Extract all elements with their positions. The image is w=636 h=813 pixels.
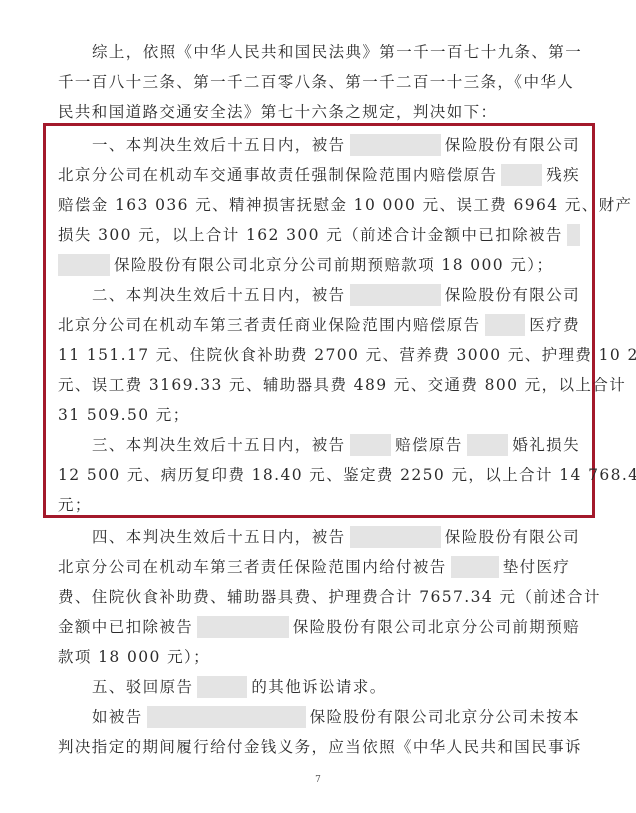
item-text: 赔偿金 163 036 元、精神损害抚慰金 10 000 元、误工费 6964 …	[58, 195, 632, 215]
item-text: 北京分公司在机动车交通事故责任强制保险范围内赔偿原告	[58, 165, 497, 185]
item-text: 11 151.17 元、住院伙食补助费 2700 元、营养费 3000 元、护理…	[58, 345, 636, 365]
closing-line-1: 如被告 保险股份有限公司北京分公司未按本	[92, 707, 580, 727]
item3-line-2: 12 500 元、病历复印费 18.40 元、鉴定费 2250 元，以上合计 1…	[58, 465, 580, 485]
item-text: 保险股份有限公司北京分公司前期预赔款项 18 000 元）；	[114, 255, 553, 275]
item-text: 款项 18 000 元）；	[58, 647, 210, 667]
redaction	[197, 616, 288, 638]
redaction	[58, 254, 110, 276]
item-text: 12 500 元、病历复印费 18.40 元、鉴定费 2250 元，以上合计 1…	[58, 465, 636, 485]
item-text: 保险股份有限公司北京分公司前期预赔	[293, 617, 580, 637]
item2-line-1: 二、本判决生效后十五日内，被告 保险股份有限公司	[92, 285, 580, 305]
redaction	[567, 224, 580, 246]
item-text: 婚礼损失	[512, 435, 580, 455]
item1-line-1: 一、本判决生效后十五日内，被告 保险股份有限公司	[92, 135, 580, 155]
redaction	[350, 284, 441, 306]
redaction	[350, 526, 441, 548]
closing-line-2: 判决指定的期间履行给付金钱义务，应当依照《中华人民共和国民事诉	[58, 737, 580, 757]
item-text: 费、住院伙食补助费、辅助器具费、护理费合计 7657.34 元（前述合计	[58, 587, 601, 607]
item-text: 保险股份有限公司	[445, 285, 580, 305]
item1-line-2: 北京分公司在机动车交通事故责任强制保险范围内赔偿原告 残疾	[58, 165, 580, 185]
redaction	[451, 556, 499, 578]
redaction	[485, 314, 526, 336]
item3-line-3: 元；	[58, 495, 580, 515]
redaction	[501, 164, 542, 186]
redaction	[350, 134, 441, 156]
intro-line-2: 千一百八十三条、第一千二百零八条、第一千二百一十三条，《中华人	[58, 72, 580, 92]
item-text: 一、本判决生效后十五日内，被告	[92, 135, 346, 155]
item4-line-3: 费、住院伙食补助费、辅助器具费、护理费合计 7657.34 元（前述合计	[58, 587, 580, 607]
item-text: 保险股份有限公司	[445, 135, 580, 155]
item2-line-2: 北京分公司在机动车第三者责任商业保险范围内赔偿原告 医疗费	[58, 315, 580, 335]
intro-text: 千一百八十三条、第一千二百零八条、第一千二百一十三条，《中华人	[58, 72, 574, 92]
item-text: 元；	[58, 495, 92, 515]
item-text: 三、本判决生效后十五日内，被告	[92, 435, 346, 455]
redaction	[467, 434, 509, 456]
intro-text: 综上，依照《中华人民共和国民法典》第一千一百七十九条、第一	[92, 42, 582, 62]
item-text: 二、本判决生效后十五日内，被告	[92, 285, 346, 305]
item-text: 保险股份有限公司	[445, 527, 580, 547]
redaction	[350, 434, 392, 456]
item1-line-4: 损失 300 元，以上合计 162 300 元（前述合计金额中已扣除被告	[58, 225, 580, 245]
document-page: 综上，依照《中华人民共和国民法典》第一千一百七十九条、第一 千一百八十三条、第一…	[0, 0, 636, 813]
item5-line-1: 五、驳回原告 的其他诉讼请求。	[92, 677, 580, 697]
item-text: 北京分公司在机动车第三者责任商业保险范围内赔偿原告	[58, 315, 481, 335]
item-text: 金额中已扣除被告	[58, 617, 193, 637]
item1-line-5: 保险股份有限公司北京分公司前期预赔款项 18 000 元）；	[58, 255, 580, 275]
item1-line-3: 赔偿金 163 036 元、精神损害抚慰金 10 000 元、误工费 6964 …	[58, 195, 580, 215]
item-text: 损失 300 元，以上合计 162 300 元（前述合计金额中已扣除被告	[58, 225, 563, 245]
redaction	[147, 706, 306, 728]
item-text: 元、误工费 3169.33 元、辅助器具费 489 元、交通费 800 元，以上…	[58, 375, 626, 395]
item-text: 31 509.50 元；	[58, 405, 190, 425]
item-text: 四、本判决生效后十五日内，被告	[92, 527, 346, 547]
item-text: 北京分公司在机动车第三者责任保险范围内给付被告	[58, 557, 447, 577]
item3-line-1: 三、本判决生效后十五日内，被告 赔偿原告 婚礼损失	[92, 435, 580, 455]
intro-line-3: 民共和国道路交通安全法》第七十六条之规定，判决如下：	[58, 102, 580, 122]
item-text: 医疗费	[529, 315, 580, 335]
intro-line-1: 综上，依照《中华人民共和国民法典》第一千一百七十九条、第一	[92, 42, 580, 62]
item4-line-1: 四、本判决生效后十五日内，被告 保险股份有限公司	[92, 527, 580, 547]
item2-line-5: 31 509.50 元；	[58, 405, 580, 425]
closing-text: 如被告	[92, 707, 143, 727]
item2-line-3: 11 151.17 元、住院伙食补助费 2700 元、营养费 3000 元、护理…	[58, 345, 580, 365]
intro-text: 民共和国道路交通安全法》第七十六条之规定，判决如下：	[58, 102, 497, 122]
item-text: 的其他诉讼请求。	[251, 677, 386, 697]
closing-text: 判决指定的期间履行给付金钱义务，应当依照《中华人民共和国民事诉	[58, 737, 582, 757]
item4-line-4: 金额中已扣除被告 保险股份有限公司北京分公司前期预赔	[58, 617, 580, 637]
page-number: 7	[0, 775, 636, 785]
item4-line-5: 款项 18 000 元）；	[58, 647, 580, 667]
item-text: 残疾	[546, 165, 580, 185]
item-text: 赔偿原告	[395, 435, 463, 455]
closing-text: 保险股份有限公司北京分公司未按本	[310, 707, 580, 727]
item-text: 垫付医疗	[503, 557, 571, 577]
redaction	[197, 676, 247, 698]
item4-line-2: 北京分公司在机动车第三者责任保险范围内给付被告 垫付医疗	[58, 557, 580, 577]
item2-line-4: 元、误工费 3169.33 元、辅助器具费 489 元、交通费 800 元，以上…	[58, 375, 580, 395]
item-text: 五、驳回原告	[92, 677, 193, 697]
